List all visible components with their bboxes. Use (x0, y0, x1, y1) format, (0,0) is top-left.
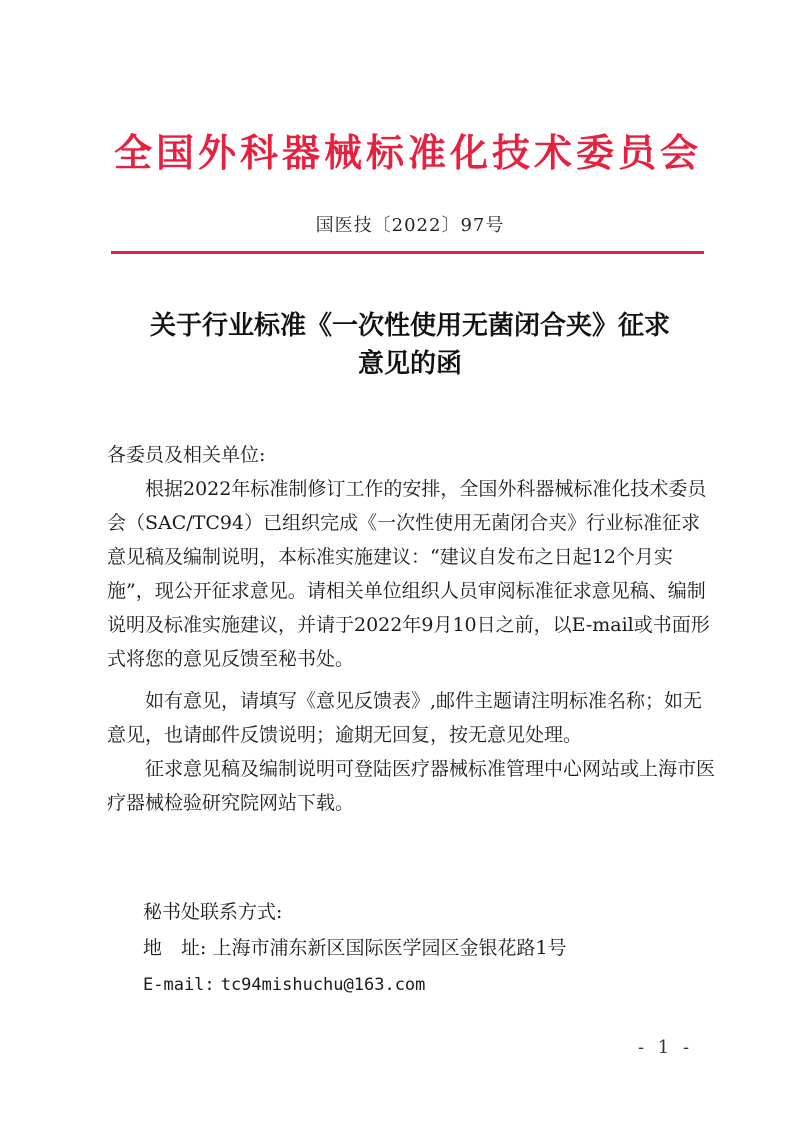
letter-body: 各委员及相关单位: 根据2022年标准制修订工作的安排，全国外科器械标准化技术委… (107, 438, 717, 820)
paragraph-request: 根据2022年标准制修订工作的安排，全国外科器械标准化技术委员会（SAC/TC9… (107, 472, 717, 676)
paragraph-feedback: 如有意见，请填写《意见反馈表》,邮件主题请注明标准名称；如无意见，也请邮件反馈说… (107, 684, 717, 752)
paragraph-download: 征求意见稿及编制说明可登陆医疗器械标准管理中心网站或上海市医疗器械检验研究院网站… (107, 752, 717, 820)
email-label: E-mail: (143, 975, 215, 995)
page-number: - 1 - (638, 1037, 693, 1058)
email-value: tc94mishuchu@163.com (221, 975, 426, 995)
organization-letterhead: 全国外科器械标准化技术委员会 (108, 128, 708, 178)
letterhead-divider (111, 251, 704, 254)
address-label: 地 址: (143, 937, 206, 959)
title-line-2: 意见的函 (100, 345, 720, 383)
contact-heading: 秘书处联系方式: (143, 894, 567, 930)
contact-address: 地 址: 上海市浦东新区国际医学园区金银花路1号 (143, 930, 567, 966)
salutation: 各委员及相关单位: (107, 438, 717, 472)
document-number: 国医技〔2022〕97号 (100, 213, 720, 239)
document-title: 关于行业标准《一次性使用无菌闭合夹》征求 意见的函 (100, 307, 720, 383)
title-line-1: 关于行业标准《一次性使用无菌闭合夹》征求 (100, 307, 720, 345)
letter-page: 全国外科器械标准化技术委员会 国医技〔2022〕97号 关于行业标准《一次性使用… (0, 0, 800, 1132)
contact-block: 秘书处联系方式: 地 址: 上海市浦东新区国际医学园区金银花路1号 E-mail… (143, 894, 567, 1003)
address-value: 上海市浦东新区国际医学园区金银花路1号 (212, 937, 566, 959)
contact-email: E-mail: tc94mishuchu@163.com (143, 966, 567, 1003)
